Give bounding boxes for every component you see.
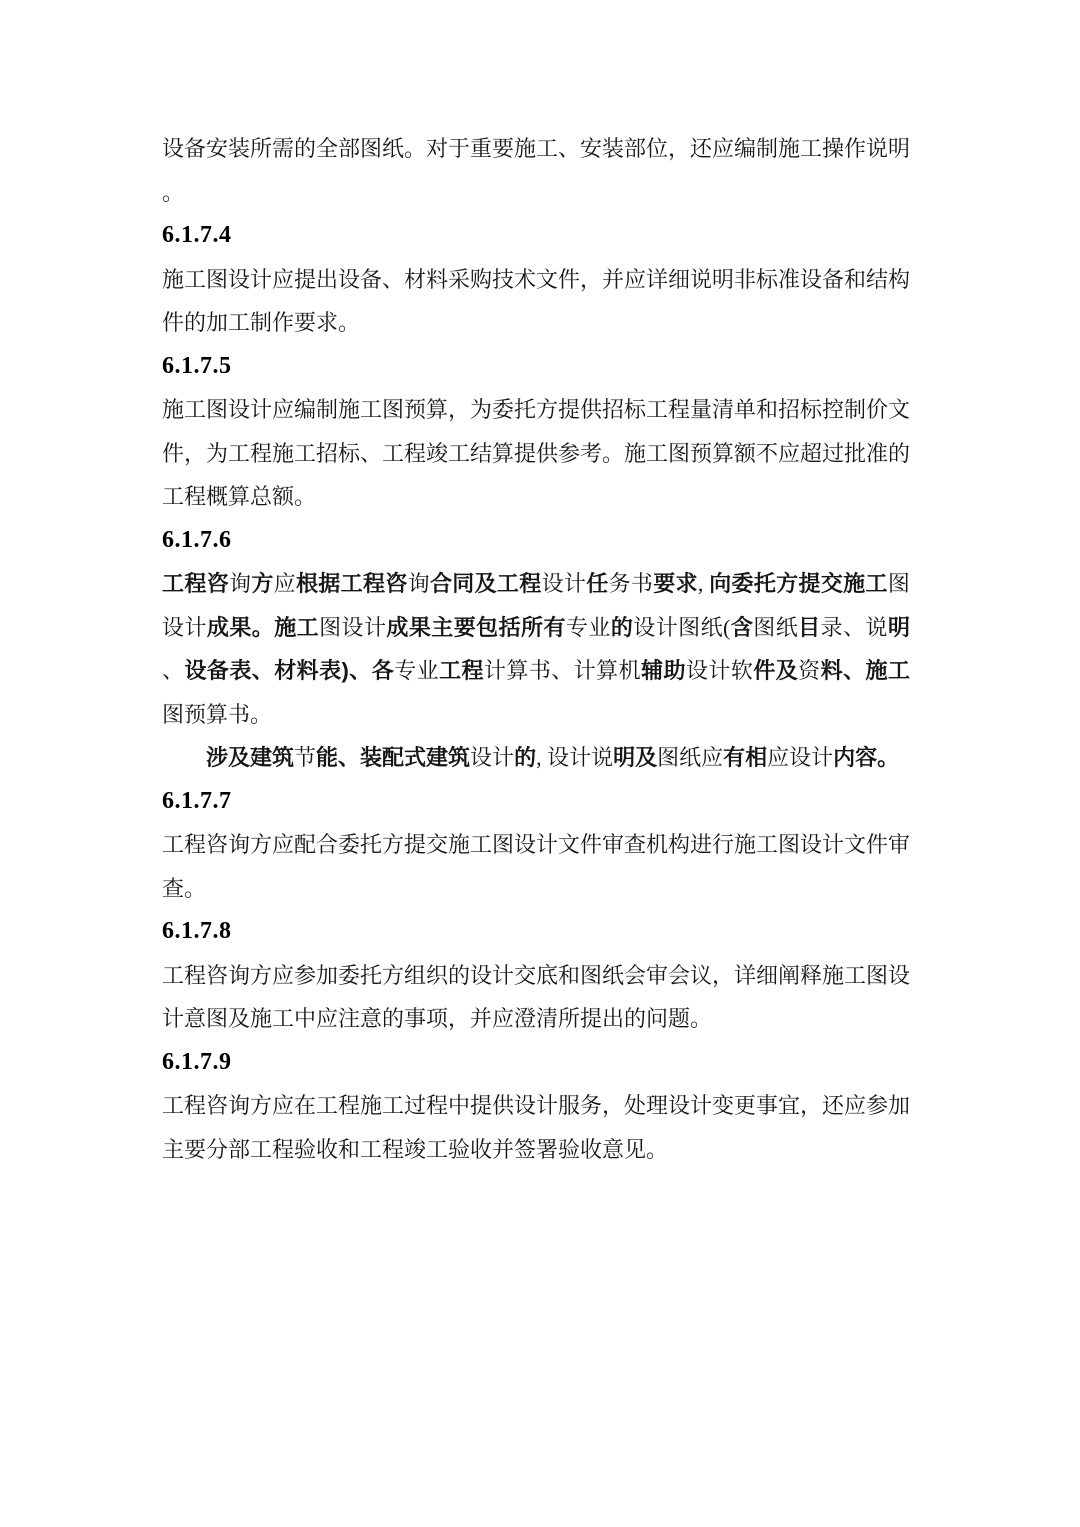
text-run: 图设计: [319, 615, 386, 640]
bold-text-run: 目: [798, 615, 820, 640]
text-run: 工程咨询方应在工程施工过程中提供设计服务，处理设计变更事宜，还应参加主要分部工程…: [162, 1093, 910, 1162]
bold-text-run: 料、施工: [821, 658, 910, 683]
bold-text-run: 涉及建筑: [206, 745, 294, 770]
text-run: 应设计: [767, 745, 833, 770]
bold-text-run: 根据工程咨: [296, 571, 408, 596]
bold-text-run: 成果主要包括所有: [386, 615, 566, 640]
bold-text-run: 辅助: [641, 658, 686, 683]
bold-text-run: 件及: [753, 658, 798, 683]
text-run: 设备安装所需的全部图纸。对于重要施工、安装部位，还应编制施工操作说明。: [162, 136, 910, 205]
text-run: 施工图设计应提出设备、材料采购技术文件，并应详细说明非标准设备和结构件的加工制作…: [162, 267, 910, 336]
section-heading: 6.1.7.5: [162, 345, 910, 389]
bold-text-run: 能、装配式建筑: [316, 745, 470, 770]
bold-text-run: 方: [251, 571, 273, 596]
bold-text-run: 向委托方提交施工: [709, 571, 888, 596]
bold-text-run: 内容。: [833, 745, 899, 770]
text-run: 、: [162, 658, 184, 683]
text-run: ,: [698, 571, 709, 596]
document-page: 设备安装所需的全部图纸。对于重要施工、安装部位，还应编制施工操作说明。6.1.7…: [0, 0, 1080, 1527]
bold-text-run: 成果。施工: [207, 615, 319, 640]
text-run: 图预算书。: [162, 702, 272, 727]
document-content: 设备安装所需的全部图纸。对于重要施工、安装部位，还应编制施工操作说明。6.1.7…: [162, 127, 910, 1171]
text-run: , 设计说: [536, 745, 613, 770]
text-run: 务书: [609, 571, 654, 596]
bold-text-run: 任: [586, 571, 608, 596]
text-run: 计算书、计算机: [484, 658, 641, 683]
bold-text-run: 合同及工程: [430, 571, 542, 596]
text-run: 图纸: [753, 615, 798, 640]
text-run: 节: [294, 745, 316, 770]
bold-text-run: 设备表、材料表)、各: [184, 658, 394, 683]
paragraph: 工程咨询方应配合委托方提交施工图设计文件审查机构进行施工图设计文件审查。: [162, 823, 910, 910]
section-heading: 6.1.7.9: [162, 1041, 910, 1085]
bold-text-run: 含: [730, 615, 753, 640]
text-run: 施工图设计应编制施工图预算，为委托方提供招标工程量清单和招标控制价文件，为工程施…: [162, 397, 910, 509]
text-run: 图纸应: [657, 745, 723, 770]
section-heading: 6.1.7.7: [162, 780, 910, 824]
text-run: 专业: [566, 615, 611, 640]
paragraph: 涉及建筑节能、装配式建筑设计的, 设计说明及图纸应有相应设计内容。: [162, 736, 910, 780]
bold-text-run: 明: [888, 615, 910, 640]
paragraph: 工程咨询方应根据工程咨询合同及工程设计任务书要求, 向委托方提交施工图设计成果。…: [162, 562, 910, 736]
text-run: 设计软: [686, 658, 753, 683]
bold-text-run: 工程咨: [162, 571, 229, 596]
text-run: 询: [408, 571, 430, 596]
bold-text-run: 明及: [613, 745, 657, 770]
text-run: 录、说: [821, 615, 888, 640]
section-heading: 6.1.7.4: [162, 214, 910, 258]
paragraph: 施工图设计应编制施工图预算，为委托方提供招标工程量清单和招标控制价文件，为工程施…: [162, 388, 910, 519]
bold-text-run: 的: [514, 745, 536, 770]
text-run: 资: [798, 658, 820, 683]
text-run: 设计: [470, 745, 514, 770]
bold-text-run: 的: [611, 615, 633, 640]
text-run: 设计图纸(: [633, 615, 730, 640]
paragraph: 工程咨询方应在工程施工过程中提供设计服务，处理设计变更事宜，还应参加主要分部工程…: [162, 1084, 910, 1171]
text-run: 工程咨询方应配合委托方提交施工图设计文件审查机构进行施工图设计文件审查。: [162, 832, 910, 901]
paragraph: 设备安装所需的全部图纸。对于重要施工、安装部位，还应编制施工操作说明。: [162, 127, 910, 214]
bold-text-run: 要求: [653, 571, 698, 596]
text-run: 应: [274, 571, 296, 596]
text-run: 工程咨询方应参加委托方组织的设计交底和图纸会审会议，详细阐释施工图设计意图及施工…: [162, 963, 910, 1032]
paragraph: 施工图设计应提出设备、材料采购技术文件，并应详细说明非标准设备和结构件的加工制作…: [162, 258, 910, 345]
paragraph: 工程咨询方应参加委托方组织的设计交底和图纸会审会议，详细阐释施工图设计意图及施工…: [162, 954, 910, 1041]
text-run: 设计: [542, 571, 587, 596]
text-run: 专业: [394, 658, 439, 683]
section-heading: 6.1.7.8: [162, 910, 910, 954]
bold-text-run: 工程: [439, 658, 484, 683]
section-heading: 6.1.7.6: [162, 519, 910, 563]
bold-text-run: 有相: [723, 745, 767, 770]
text-run: 询: [229, 571, 251, 596]
